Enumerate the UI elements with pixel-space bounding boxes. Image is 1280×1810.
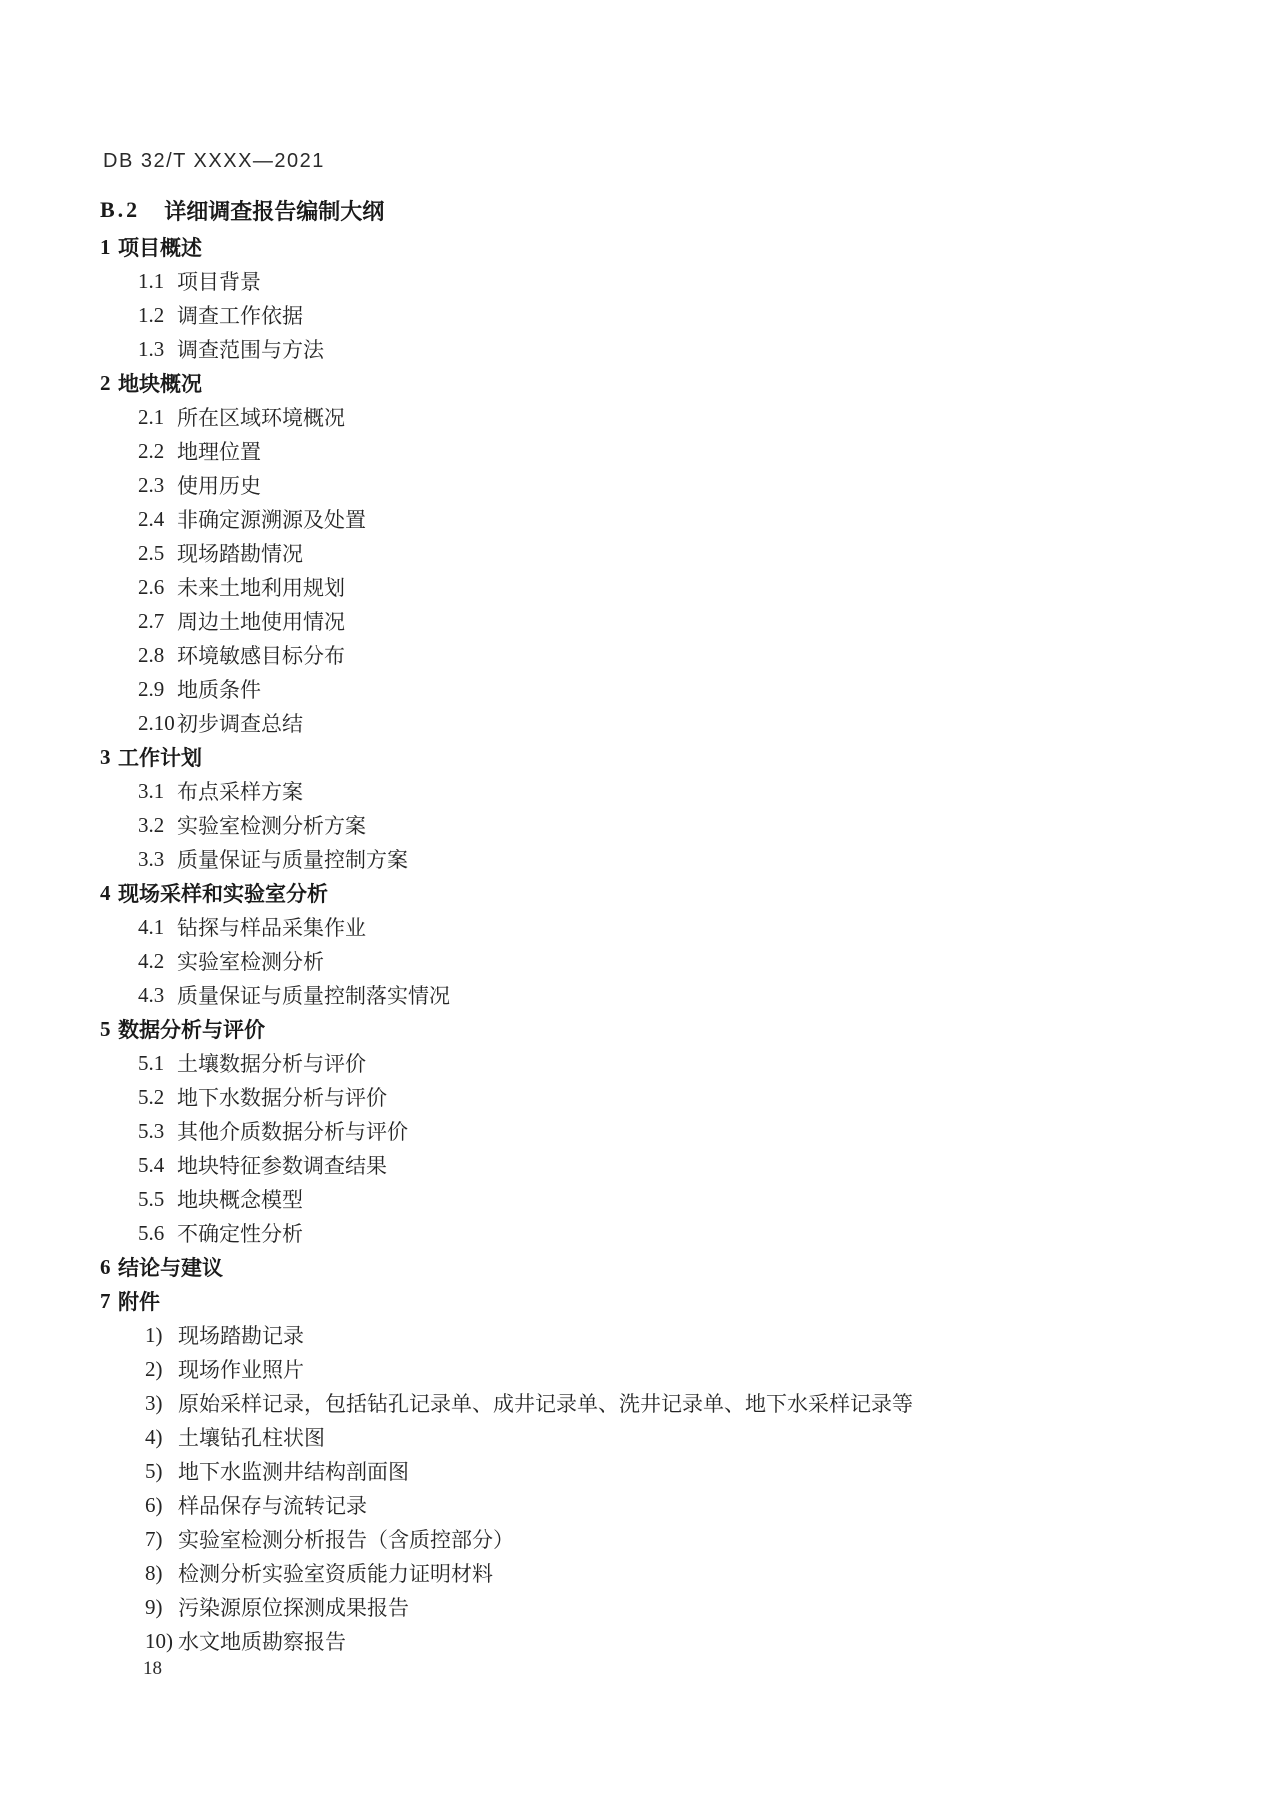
section-heading-number: 5 (100, 1017, 118, 1042)
outline-item-number: 2.5 (138, 541, 177, 566)
outline-item-number: 5.5 (138, 1187, 177, 1212)
outline-item: 2.2地理位置 (100, 434, 1200, 468)
outline-item-text: 使用历史 (177, 470, 261, 500)
section-heading: 2地块概况 (100, 366, 1200, 400)
outline-item-text: 所在区域环境概况 (177, 402, 345, 432)
outline-item: 5.3其他介质数据分析与评价 (100, 1114, 1200, 1148)
attachment-item: 3)原始采样记录，包括钻孔记录单、成井记录单、洗井记录单、地下水采样记录等 (100, 1386, 1200, 1420)
outline-item: 4.3质量保证与质量控制落实情况 (100, 978, 1200, 1012)
section-heading-text: 附件 (118, 1286, 160, 1316)
attachment-item-text: 地下水监测井结构剖面图 (178, 1456, 409, 1486)
outline-item-number: 2.7 (138, 609, 177, 634)
outline-content: B.2 详细调查报告编制大纲 1项目概述1.1项目背景1.2调查工作依据1.3调… (100, 190, 1200, 1658)
document-page: DB 32/T XXXX—2021 B.2 详细调查报告编制大纲 1项目概述1.… (0, 0, 1280, 1810)
outline-item-text: 周边土地使用情况 (177, 606, 345, 636)
outline-item-text: 土壤数据分析与评价 (177, 1048, 366, 1078)
outline-item-number: 4.1 (138, 915, 177, 940)
outline-item-text: 地块特征参数调查结果 (177, 1150, 387, 1180)
section-heading: 7附件 (100, 1284, 1200, 1318)
section-heading-number: 3 (100, 745, 118, 770)
outline-item-number: 5.6 (138, 1221, 177, 1246)
attachment-item-number: 2) (145, 1357, 178, 1382)
attachment-item-text: 原始采样记录，包括钻孔记录单、成井记录单、洗井记录单、地下水采样记录等 (178, 1388, 913, 1418)
attachment-item-text: 现场踏勘记录 (178, 1320, 304, 1350)
outline-item-number: 2.2 (138, 439, 177, 464)
section-heading-text: 地块概况 (118, 368, 202, 398)
attachment-item-text: 现场作业照片 (178, 1354, 304, 1384)
outline-item-text: 地质条件 (177, 674, 261, 704)
outline-item: 5.2地下水数据分析与评价 (100, 1080, 1200, 1114)
outline-item-text: 非确定源溯源及处置 (177, 504, 366, 534)
section-heading-number: 7 (100, 1289, 118, 1314)
attachment-item-text: 样品保存与流转记录 (178, 1490, 367, 1520)
outline-title-number: B.2 (100, 197, 140, 223)
attachment-item: 8)检测分析实验室资质能力证明材料 (100, 1556, 1200, 1590)
section-heading: 5数据分析与评价 (100, 1012, 1200, 1046)
outline-item: 5.1土壤数据分析与评价 (100, 1046, 1200, 1080)
attachment-item-text: 水文地质勘察报告 (178, 1626, 346, 1656)
outline-item: 1.3调查范围与方法 (100, 332, 1200, 366)
outline-item-number: 2.10 (138, 711, 177, 736)
outline-item-number: 4.2 (138, 949, 177, 974)
outline-item-number: 2.3 (138, 473, 177, 498)
outline-item: 2.7周边土地使用情况 (100, 604, 1200, 638)
section-heading: 1项目概述 (100, 230, 1200, 264)
attachment-item: 5)地下水监测井结构剖面图 (100, 1454, 1200, 1488)
outline-item-text: 初步调查总结 (177, 708, 303, 738)
section-heading: 4现场采样和实验室分析 (100, 876, 1200, 910)
outline-item-number: 2.4 (138, 507, 177, 532)
section-heading-number: 6 (100, 1255, 118, 1280)
outline-item-text: 质量保证与质量控制方案 (177, 844, 408, 874)
outline-item-number: 1.2 (138, 303, 177, 328)
section-heading-text: 项目概述 (118, 232, 202, 262)
section-heading-number: 2 (100, 371, 118, 396)
outline-item: 3.3质量保证与质量控制方案 (100, 842, 1200, 876)
attachment-item: 4)土壤钻孔柱状图 (100, 1420, 1200, 1454)
outline-item-text: 实验室检测分析方案 (177, 810, 366, 840)
outline-item-number: 5.3 (138, 1119, 177, 1144)
outline-item: 1.2调查工作依据 (100, 298, 1200, 332)
outline-item: 2.9地质条件 (100, 672, 1200, 706)
attachment-item-number: 7) (145, 1527, 178, 1552)
section-heading-number: 1 (100, 235, 118, 260)
section-heading: 6结论与建议 (100, 1250, 1200, 1284)
section-heading-text: 数据分析与评价 (118, 1014, 265, 1044)
outline-item-number: 2.6 (138, 575, 177, 600)
outline-item: 2.4非确定源溯源及处置 (100, 502, 1200, 536)
attachment-item-text: 污染源原位探测成果报告 (178, 1592, 409, 1622)
outline-item-number: 2.9 (138, 677, 177, 702)
attachment-item: 2)现场作业照片 (100, 1352, 1200, 1386)
outline-item-text: 地下水数据分析与评价 (177, 1082, 387, 1112)
section-heading: 3工作计划 (100, 740, 1200, 774)
outline-item-text: 质量保证与质量控制落实情况 (177, 980, 450, 1010)
outline-item: 3.2实验室检测分析方案 (100, 808, 1200, 842)
outline-item: 5.5地块概念模型 (100, 1182, 1200, 1216)
attachment-item-text: 土壤钻孔柱状图 (178, 1422, 325, 1452)
outline-item-number: 3.2 (138, 813, 177, 838)
section-heading-text: 工作计划 (118, 742, 202, 772)
section-heading-text: 结论与建议 (118, 1252, 223, 1282)
outline-item: 2.1所在区域环境概况 (100, 400, 1200, 434)
outline-item-text: 钻探与样品采集作业 (177, 912, 366, 942)
attachment-item-text: 实验室检测分析报告（含质控部分） (178, 1524, 514, 1554)
attachment-item-number: 4) (145, 1425, 178, 1450)
outline-item-text: 实验室检测分析 (177, 946, 324, 976)
outline-item-number: 5.2 (138, 1085, 177, 1110)
attachment-item: 10)水文地质勘察报告 (100, 1624, 1200, 1658)
attachment-item-number: 8) (145, 1561, 178, 1586)
attachment-item-number: 3) (145, 1391, 178, 1416)
attachment-item-number: 5) (145, 1459, 178, 1484)
outline-item-text: 现场踏勘情况 (177, 538, 303, 568)
outline-item-number: 3.3 (138, 847, 177, 872)
attachment-item: 7)实验室检测分析报告（含质控部分） (100, 1522, 1200, 1556)
attachment-item-number: 6) (145, 1493, 178, 1518)
outline-item-text: 布点采样方案 (177, 776, 303, 806)
outline-item-number: 1.1 (138, 269, 177, 294)
outline-item-text: 其他介质数据分析与评价 (177, 1116, 408, 1146)
outline-item-text: 地块概念模型 (177, 1184, 303, 1214)
outline-item-number: 4.3 (138, 983, 177, 1008)
outline-item-number: 1.3 (138, 337, 177, 362)
outline-item-number: 5.1 (138, 1051, 177, 1076)
outline-item: 4.1钻探与样品采集作业 (100, 910, 1200, 944)
section-heading-number: 4 (100, 881, 118, 906)
outline-item-text: 环境敏感目标分布 (177, 640, 345, 670)
outline-item: 2.3使用历史 (100, 468, 1200, 502)
outline-item: 2.5现场踏勘情况 (100, 536, 1200, 570)
outline-item-text: 项目背景 (177, 266, 261, 296)
outline-item: 2.10初步调查总结 (100, 706, 1200, 740)
attachment-item: 9)污染源原位探测成果报告 (100, 1590, 1200, 1624)
outline-item-text: 未来土地利用规划 (177, 572, 345, 602)
outline-item: 2.6未来土地利用规划 (100, 570, 1200, 604)
attachment-item-text: 检测分析实验室资质能力证明材料 (178, 1558, 493, 1588)
outline-item: 3.1布点采样方案 (100, 774, 1200, 808)
attachment-item-number: 1) (145, 1323, 178, 1348)
outline-item: 4.2实验室检测分析 (100, 944, 1200, 978)
outline-sections: 1项目概述1.1项目背景1.2调查工作依据1.3调查范围与方法2地块概况2.1所… (100, 230, 1200, 1658)
outline-item-text: 调查范围与方法 (177, 334, 324, 364)
outline-item-text: 调查工作依据 (177, 300, 303, 330)
outline-item: 1.1项目背景 (100, 264, 1200, 298)
outline-item-number: 2.8 (138, 643, 177, 668)
outline-item: 5.4地块特征参数调查结果 (100, 1148, 1200, 1182)
page-number: 18 (143, 1658, 162, 1680)
outline-item: 5.6不确定性分析 (100, 1216, 1200, 1250)
outline-item-text: 地理位置 (177, 436, 261, 466)
section-heading-text: 现场采样和实验室分析 (118, 878, 328, 908)
outline-item-number: 5.4 (138, 1153, 177, 1178)
outline-item-number: 3.1 (138, 779, 177, 804)
outline-item: 2.8环境敏感目标分布 (100, 638, 1200, 672)
standard-number-header: DB 32/T XXXX—2021 (103, 150, 325, 173)
outline-item-text: 不确定性分析 (177, 1218, 303, 1248)
outline-title-text: 详细调查报告编制大纲 (164, 195, 384, 226)
attachment-item-number: 9) (145, 1595, 178, 1620)
outline-item-number: 2.1 (138, 405, 177, 430)
attachment-item: 1)现场踏勘记录 (100, 1318, 1200, 1352)
outline-title: B.2 详细调查报告编制大纲 (100, 190, 1200, 230)
attachment-item: 6)样品保存与流转记录 (100, 1488, 1200, 1522)
attachment-item-number: 10) (145, 1629, 178, 1654)
